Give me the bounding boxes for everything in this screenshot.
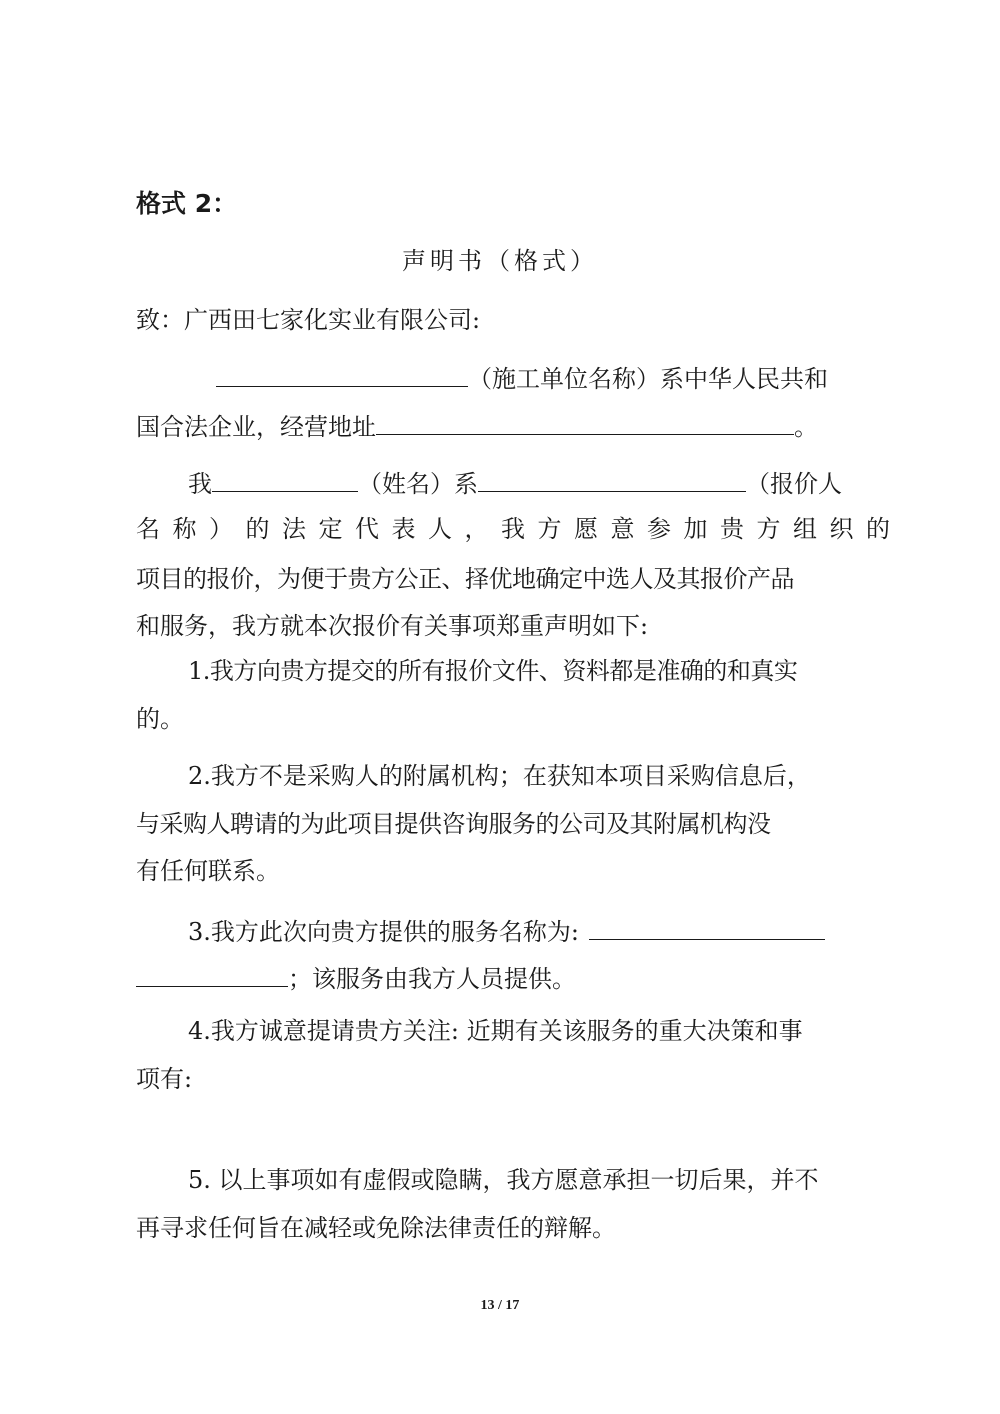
item-4-cont: 项有: [136,1063,876,1095]
item-2-cont-1: 与采购人聘请的为此项目提供咨询服务的公司及其附属机构没 [136,808,876,840]
item-5: 5. 以上事项如有虚假或隐瞒，我方愿意承担一切后果，并不 [136,1164,876,1196]
representative-line-2: 名称）的法定代表人，我方愿意参加贵方组织的 [136,513,876,545]
item-4: 4.我方诚意提请贵方关注: 近期有关该服务的重大决策和事 [136,1015,876,1047]
company-name-blank[interactable] [216,360,468,387]
item-number: 3. [188,918,211,946]
item-text: 我方向贵方提交的所有报价文件、资料都是准确的和真实 [210,657,798,685]
representative-line-4: 和服务，我方就本次报价有关事项郑重声明如下: [136,610,876,642]
item-number: 4. [188,1017,211,1045]
bidder-label: （报价人 [746,470,842,498]
item-number: 2. [188,762,211,790]
bidder-name-blank[interactable] [478,465,746,492]
intro-line-2: 国合法企业，经营地址。 [136,408,876,443]
page-number: 13 / 17 [0,1298,1000,1314]
representative-line-3: 项目的报价，为便于贵方公正、择优地确定中选人及其报价产品 [136,563,876,595]
item-1: 1.我方向贵方提交的所有报价文件、资料都是准确的和真实 [136,655,876,687]
item-text: 以上事项如有虚假或隐瞒，我方愿意承担一切后果，并不 [211,1166,819,1194]
item-2: 2.我方不是采购人的附属机构；在获知本项目采购信息后， [136,760,876,792]
item-text: 我方不是采购人的附属机构；在获知本项目采购信息后， [211,762,811,790]
address-label: 国合法企业，经营地址 [136,413,376,441]
representative-line-1: 我（姓名）系（报价人 [136,465,876,500]
item-5-cont: 再寻求任何旨在减轻或免除法律责任的辩解。 [136,1212,876,1244]
item-number: 1. [188,657,210,685]
name-label: （姓名）系 [358,470,478,498]
item-1-cont: 的。 [136,703,876,735]
item-text: ；该服务由我方人员提供。 [288,965,576,993]
service-name-blank[interactable] [589,913,825,940]
item-3: 3.我方此次向贵方提供的服务名称为: [136,913,876,948]
rep-prefix: 我 [188,470,212,498]
document-title: 声明书（格式） [0,245,1000,277]
format-label: 格式 2： [136,188,876,220]
addressee: 致：广西田七家化实业有限公司: [136,304,876,336]
item-3-cont: ；该服务由我方人员提供。 [136,960,876,995]
intro-line-1: （施工单位名称）系中华人民共和 [136,360,876,395]
item-2-cont-2: 有任何联系。 [136,855,876,887]
period: 。 [794,413,818,441]
address-blank[interactable] [376,408,794,435]
item-text: 我方诚意提请贵方关注: 近期有关该服务的重大决策和事 [211,1017,803,1045]
item-number: 5. [188,1166,211,1194]
item-text: 我方此次向贵方提供的服务名称为: [211,918,579,946]
legal-rep-name-blank[interactable] [212,465,358,492]
service-name-blank-cont[interactable] [136,960,288,987]
company-field-label: （施工单位名称）系中华人民共和 [468,365,828,393]
